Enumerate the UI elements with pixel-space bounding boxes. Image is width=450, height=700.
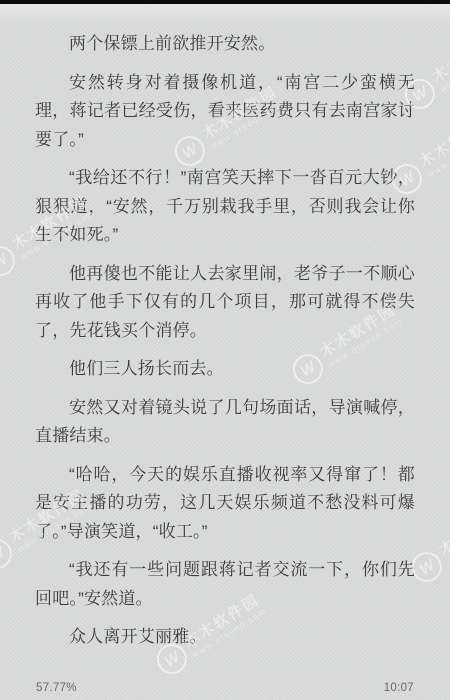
paragraph: 众人离开艾丽雅。 xyxy=(35,623,415,652)
top-window-edge xyxy=(0,0,450,4)
paragraph: “哈哈，今天的娱乐直播收视率又得窜了！都是安主播的功劳，这几天娱乐频道不愁没料可… xyxy=(35,461,415,547)
clock: 10:07 xyxy=(384,682,414,694)
reader-status-bar: 57.77% 10:07 xyxy=(0,682,450,694)
reading-progress: 57.77% xyxy=(36,682,77,694)
paragraph: 他再傻也不能让人去家里闹，老爷子一不顺心再收了他手下仅有的几个项目，那可就得不偿… xyxy=(35,260,415,346)
paragraph: 安然又对着镜头说了几句场面话，导演喊停，直播结束。 xyxy=(35,394,415,451)
paragraph: “我给还不行！”南宫笑天摔下一沓百元大钞，狠狠道，“安然，千万别栽我手里，否则我… xyxy=(35,164,415,250)
paragraph: 安然转身对着摄像机道，“南宫二少蛮横无理，蒋记者已经受伤，看来医药费只有去南宫家… xyxy=(35,69,415,155)
paragraph: 他们三人扬长而去。 xyxy=(35,355,415,384)
reader-page[interactable]: 两个保镖上前欲推开安然。 安然转身对着摄像机道，“南宫二少蛮横无理，蒋记者已经受… xyxy=(0,0,450,700)
paragraph: 两个保镖上前欲推开安然。 xyxy=(35,30,415,59)
reader-screen: 两个保镖上前欲推开安然。 安然转身对着摄像机道，“南宫二少蛮横无理，蒋记者已经受… xyxy=(0,0,450,700)
paragraph: “我还有一些问题跟蒋记者交流一下，你们先回吧。”安然道。 xyxy=(35,556,415,613)
